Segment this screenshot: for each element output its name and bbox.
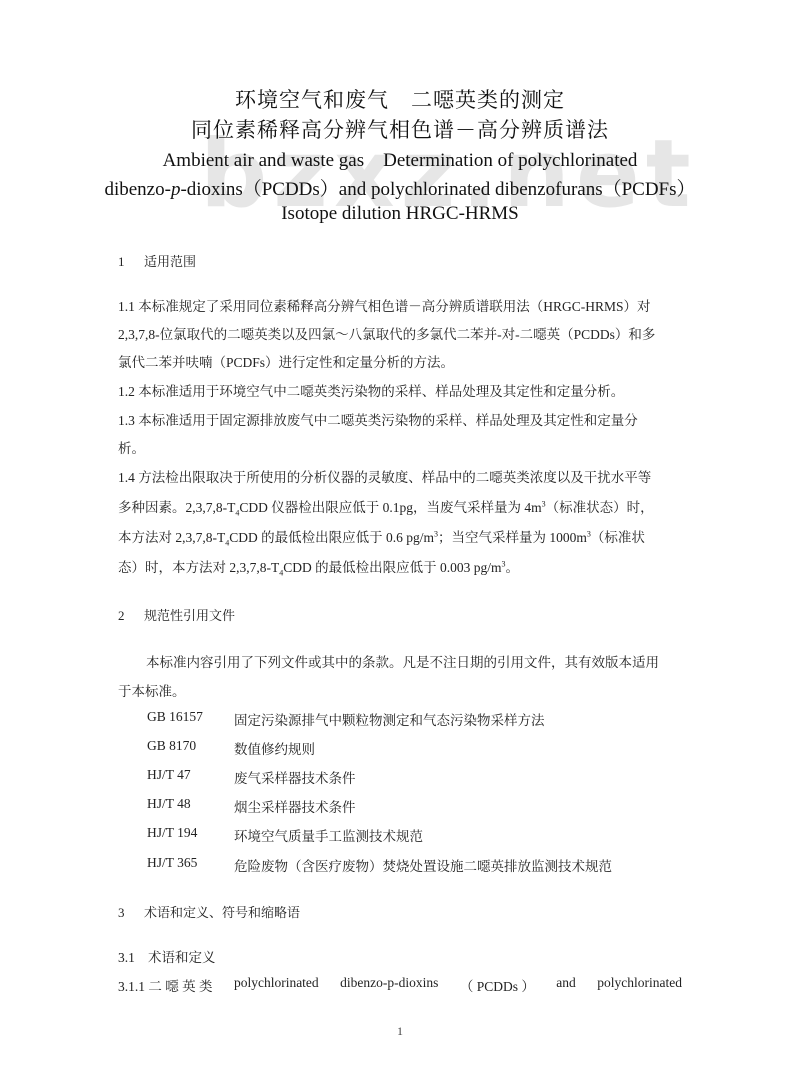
para-1-1-line1: 1.1 本标准规定了采用同位素稀释高分辨气相色谱－高分辨质谱联用法（HRGC-H… <box>118 295 651 315</box>
title-cn-line2: 同位素稀释高分辨气相色谱－高分辨质谱法 <box>0 114 800 144</box>
text-run: CDD 的最低检出限应低于 0.003 pg/m <box>283 560 501 575</box>
term-en-part: polychlorinated <box>234 975 319 995</box>
section-number: 2 <box>118 608 144 624</box>
text-run: CDD 的最低检出限应低于 0.6 pg/m <box>229 530 434 545</box>
term-en-part: （ PCDDs ） <box>460 975 535 995</box>
ref-title: 固定污染源排气中颗粒物测定和气态污染物采样方法 <box>234 709 545 729</box>
para-1-4-line3: 本方法对 2,3,7,8-T4CDD 的最低检出限应低于 0.6 pg/m3；当… <box>118 526 645 546</box>
title-en-line3: Isotope dilution HRGC-HRMS <box>0 203 800 225</box>
term-3-1-1: 3.1.1 二 噁 英 类 polychlorinated dibenzo-p-… <box>118 975 682 995</box>
para-1-1-line3: 氯代二苯并呋喃（PCDFs）进行定性和定量分析的方法。 <box>118 351 454 371</box>
section-2-heading: 2规范性引用文件 <box>118 605 235 624</box>
para-1-3-line1: 1.3 本标准适用于固定源排放废气中二噁英类污染物的采样、样品处理及其定性和定量… <box>118 409 638 429</box>
text-run: 态）时，本方法对 2,3,7,8-T <box>118 560 279 575</box>
text-run: ；当空气采样量为 1000m <box>438 530 587 545</box>
ref-title: 废气采样器技术条件 <box>234 767 356 787</box>
section-number: 1 <box>118 254 144 270</box>
section-3-heading: 3术语和定义、符号和缩略语 <box>118 902 300 921</box>
subsection-number: 3.1 <box>118 950 148 966</box>
para-1-4-line1: 1.4 方法检出限取决于所使用的分析仪器的灵敏度、样品中的二噁英类浓度以及干扰水… <box>118 466 651 486</box>
ref-title: 危险废物（含医疗废物）焚烧处置设施二噁英排放监测技术规范 <box>234 855 612 875</box>
section-2-intro-line2: 于本标准。 <box>118 680 186 700</box>
ref-code: HJ/T 194 <box>147 825 197 841</box>
para-1-4-line2: 多种因素。2,3,7,8-T4CDD 仪器检出限应低于 0.1pg，当废气采样量… <box>118 496 654 516</box>
ref-title: 数值修约规则 <box>234 738 315 758</box>
title-en-line2-italic: p <box>171 179 181 200</box>
term-en-part: polychlorinated <box>597 975 682 995</box>
section-1-heading: 1适用范围 <box>118 251 196 270</box>
page-number: 1 <box>0 1024 800 1039</box>
text-run: 本方法对 2,3,7,8-T <box>118 530 225 545</box>
term-cn: 3.1.1 二 噁 英 类 <box>118 975 213 995</box>
title-en-line2-a: dibenzo- <box>104 179 170 200</box>
title-cn-line1: 环境空气和废气 二噁英类的测定 <box>0 84 800 114</box>
title-en-line2-b: -dioxins（PCDDs）and polychlorinated diben… <box>180 179 695 200</box>
ref-code: HJ/T 48 <box>147 796 191 812</box>
section-number: 3 <box>118 905 144 921</box>
title-en-line2: dibenzo-p-dioxins（PCDDs）and polychlorina… <box>0 174 800 201</box>
ref-code: HJ/T 47 <box>147 767 191 783</box>
subsection-3-1: 3.1术语和定义 <box>118 946 216 966</box>
text-run: （标准状态）时， <box>546 500 654 515</box>
text-run: 多种因素。2,3,7,8-T <box>118 500 235 515</box>
para-1-2: 1.2 本标准适用于环境空气中二噁英类污染物的采样、样品处理及其定性和定量分析。 <box>118 380 624 400</box>
section-title: 规范性引用文件 <box>144 609 235 624</box>
section-title: 术语和定义、符号和缩略语 <box>144 906 300 921</box>
ref-title: 环境空气质量手工监测技术规范 <box>234 825 423 845</box>
term-en-part: and <box>556 975 576 995</box>
para-1-4-line4: 态）时，本方法对 2,3,7,8-T4CDD 的最低检出限应低于 0.003 p… <box>118 556 519 576</box>
para-1-1-line2: 2,3,7,8-位氯取代的二噁英类以及四氯～八氯取代的多氯代二苯并-对-二噁英（… <box>118 323 655 343</box>
text-run: CDD 仪器检出限应低于 0.1pg，当废气采样量为 4m <box>239 500 541 515</box>
text-run: （标准状 <box>591 530 645 545</box>
ref-code: GB 8170 <box>147 738 196 754</box>
ref-code: HJ/T 365 <box>147 855 197 871</box>
subsection-title: 术语和定义 <box>148 950 216 965</box>
text-run: 。 <box>506 560 520 575</box>
section-2-intro-line1: 本标准内容引用了下列文件或其中的条款。凡是不注日期的引用文件，其有效版本适用 <box>146 651 659 671</box>
title-en-line1: Ambient air and waste gas Determination … <box>0 145 800 172</box>
document-page: bzxz.net 环境空气和废气 二噁英类的测定 同位素稀释高分辨气相色谱－高分… <box>0 0 800 1090</box>
ref-code: GB 16157 <box>147 709 203 725</box>
section-title: 适用范围 <box>144 255 196 270</box>
term-en-part: dibenzo-p-dioxins <box>340 975 438 995</box>
ref-title: 烟尘采样器技术条件 <box>234 796 356 816</box>
para-1-3-line2: 析。 <box>118 437 145 457</box>
